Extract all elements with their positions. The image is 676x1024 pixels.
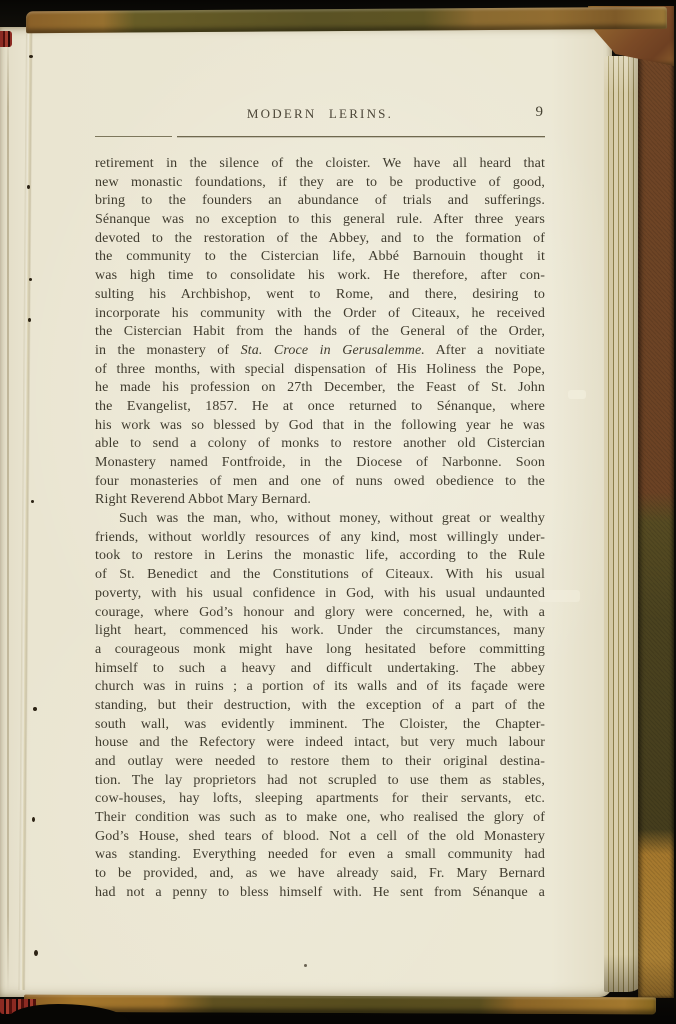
text-line: south wall, was evidently imminent. The …	[95, 716, 545, 735]
text-line: standing, but their destruction, with th…	[95, 697, 545, 716]
text-line: and outlay were needed to restore them t…	[95, 753, 545, 772]
book-cover-bottom-edge	[24, 995, 656, 1015]
headband-top	[0, 31, 12, 47]
book-cover-top-edge	[26, 7, 667, 33]
text-line: Such was the man, who, without money, wi…	[95, 510, 545, 529]
paper-fleck	[304, 964, 307, 967]
text-line: retirement in the silence of the cloiste…	[95, 155, 545, 174]
text-line: Right Reverend Abbot Mary Bernard.	[95, 491, 545, 510]
text-line: able to send a colony of monks to restor…	[95, 435, 545, 454]
text-line: friends, without worldly resources of an…	[95, 529, 545, 548]
scanned-book-photo: MODERN LERINS. 9 retirement in the silen…	[0, 0, 676, 1024]
text-line: had not a penny to bless himself with. H…	[95, 884, 545, 903]
text-line: four monasteries of men and one of nuns …	[95, 473, 545, 492]
page-title: MODERN LERINS.	[95, 106, 545, 122]
text-line: the Evangelist, 1857. He at once returne…	[95, 398, 545, 417]
text-line: cow-houses, hay lofts, sleeping apartmen…	[95, 790, 545, 809]
text-line: was standing. Everything needed for even…	[95, 846, 545, 865]
text-line: was high time to consolidate his work. H…	[95, 267, 545, 286]
text-line: Their condition was such as to make one,…	[95, 809, 545, 828]
text-line: a courageous monk might have long hesita…	[95, 641, 545, 660]
text-line: to be provided, and, as we have already …	[95, 865, 545, 884]
text-line: of three months, with special dispensati…	[95, 361, 545, 380]
text-line: God’s House, shed tears of blood. Not a …	[95, 828, 545, 847]
text-line: took to restore in Lerins the monastic l…	[95, 547, 545, 566]
stitch-mark	[33, 707, 37, 711]
stitch-mark	[32, 817, 35, 822]
page-number: 9	[536, 104, 544, 121]
text-line: the Cistercian Habit from the hands of t…	[95, 323, 545, 342]
text-line: church was in ruins ; a portion of its w…	[95, 678, 545, 697]
text-line: light heart, commenced his work. Under t…	[95, 622, 545, 641]
header-rule-right	[177, 136, 545, 137]
text-line: he made his profession on 27th December,…	[95, 379, 545, 398]
stitch-mark	[34, 950, 38, 956]
text-line: of St. Benedict and the Constitutions of…	[95, 566, 545, 585]
stitch-mark	[28, 318, 31, 322]
text-line: tion. The lay proprietors had not scrupl…	[95, 772, 545, 791]
text-line: his work was so blessed by God that in t…	[95, 417, 545, 436]
header-rule-left	[95, 136, 172, 137]
text-line: in the monastery of Sta. Croce in Gerusa…	[95, 342, 545, 361]
stitch-mark	[27, 185, 30, 189]
stitch-mark	[31, 500, 34, 503]
stitch-mark	[29, 278, 32, 281]
text-line: house and the Refectory were indeed inta…	[95, 734, 545, 753]
text-line: courage, where God’s honour and glory we…	[95, 604, 545, 623]
text-line: bring to the founders an abundance of tr…	[95, 192, 545, 211]
text-line: incorporate his community with the Order…	[95, 305, 545, 324]
printed-text: MODERN LERINS. 9 retirement in the silen…	[95, 103, 545, 127]
running-head: MODERN LERINS. 9	[95, 103, 545, 127]
paper-smudge	[568, 390, 586, 399]
page-left-edge-shadow	[7, 30, 9, 992]
text-line: new monastic foundations, if they are to…	[95, 174, 545, 193]
text-line: poverty, with his usual confidence in Go…	[95, 585, 545, 604]
text-line: sulting his Archbishop, went to Rome, an…	[95, 286, 545, 305]
text-line: the community to the Cistercian life, Ab…	[95, 248, 545, 267]
stitch-mark	[29, 55, 33, 58]
book-cover-right	[638, 6, 674, 998]
text-line: himself to such a heavy and difficult un…	[95, 660, 545, 679]
text-line: Sénanque was no exception to this genera…	[95, 211, 545, 230]
body-text: retirement in the silence of the cloiste…	[95, 155, 545, 903]
text-line: Monastery named Fontfroide, in the Dioce…	[95, 454, 545, 473]
text-line: devoted to the restoration of the Abbey,…	[95, 230, 545, 249]
